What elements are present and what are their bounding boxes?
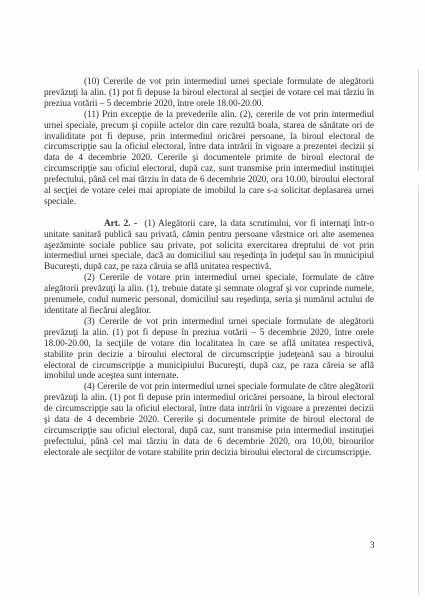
- article-label: Art. 2. -: [104, 219, 137, 229]
- spacer: [44, 208, 374, 219]
- document-body: (10) Cererile de vot prin intermediul ur…: [44, 77, 374, 459]
- scan-edge-line: [418, 185, 419, 595]
- article-2-paragraph-1-text: (1) Alegătorii care, la data scrutinului…: [44, 219, 374, 273]
- article-2-paragraph-3: (3) Cererile de vot prin intermediul urn…: [44, 317, 374, 382]
- page-number: 3: [370, 540, 375, 550]
- document-page: (10) Cererile de vot prin intermediul ur…: [0, 0, 425, 600]
- paragraph-10: (10) Cererile de vot prin intermediul ur…: [44, 77, 374, 110]
- article-2-paragraph-4: (4) Cererile de vot prin intermediul urn…: [44, 382, 374, 458]
- scan-edge-line: [418, 70, 419, 170]
- article-2-paragraph-2: (2) Cererile de votare prin intermediul …: [44, 273, 374, 317]
- paragraph-11: (11) Prin excepţie de la prevederile ali…: [44, 110, 374, 208]
- article-2-paragraph-1: Art. 2. - (1) Alegătorii care, la data s…: [44, 219, 374, 274]
